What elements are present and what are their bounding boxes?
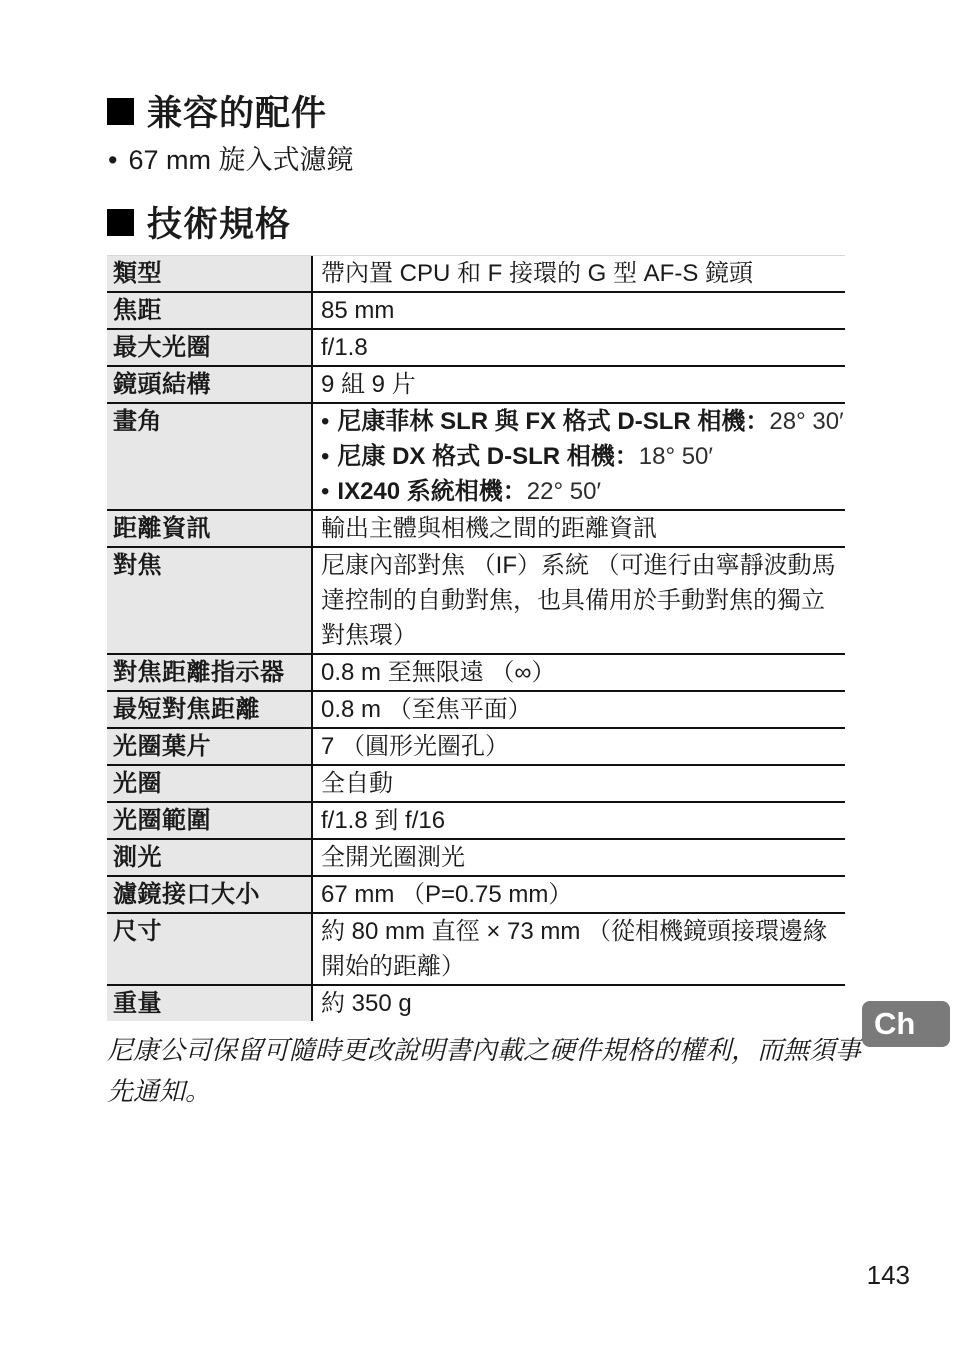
accessory-item: •67 mm 旋入式濾鏡	[108, 142, 353, 178]
camera-format: 尼康菲林 SLR 與 FX 格式 D-SLR 相機：	[337, 408, 769, 435]
spec-label: 光圈範圍	[107, 803, 313, 838]
spec-label: 重量	[107, 986, 313, 1021]
camera-format: 尼康 DX 格式 D-SLR 相機：	[337, 443, 638, 470]
table-row-filter-size: 濾鏡接口大小 67 mm （P=0.75 mm）	[107, 877, 845, 914]
spec-value: 0.8 m （至焦平面）	[313, 692, 845, 727]
spec-value: 9 組 9 片	[313, 367, 845, 402]
angle-item: •尼康菲林 SLR 與 FX 格式 D-SLR 相機：28° 30′	[321, 404, 844, 439]
table-row-dimensions: 尺寸 約 80 mm 直徑 × 73 mm （從相機鏡頭接環邊緣開始的距離）	[107, 914, 845, 986]
spec-value: 67 mm （P=0.75 mm）	[313, 877, 845, 912]
spec-value: 帶內置 CPU 和 F 接環的 G 型 AF-S 鏡頭	[313, 256, 845, 291]
spec-value: 0.8 m 至無限遠 （∞）	[313, 655, 845, 690]
spec-label: 焦距	[107, 293, 313, 328]
camera-format: IX240 系統相機：	[337, 478, 526, 505]
bullet-icon: •	[321, 478, 329, 505]
section-heading-specifications: 技術規格	[107, 197, 291, 247]
section-marker-icon	[107, 209, 134, 236]
spec-value: 輸出主體與相機之間的距離資訊	[313, 511, 845, 546]
accessory-text: 67 mm 旋入式濾鏡	[128, 145, 353, 175]
table-row-type: 類型 帶內置 CPU 和 F 接環的 G 型 AF-S 鏡頭	[107, 256, 845, 293]
table-row-weight: 重量 約 350 g	[107, 986, 845, 1021]
angle-value: 28° 30′	[769, 408, 843, 435]
table-row-angle-of-view: 畫角 •尼康菲林 SLR 與 FX 格式 D-SLR 相機：28° 30′ •尼…	[107, 404, 845, 511]
specifications-table: 類型 帶內置 CPU 和 F 接環的 G 型 AF-S 鏡頭 焦距 85 mm …	[107, 255, 845, 1021]
spec-value: 85 mm	[313, 293, 845, 328]
table-row-lens-construction: 鏡頭結構 9 組 9 片	[107, 367, 845, 404]
table-row-focal-length: 焦距 85 mm	[107, 293, 845, 330]
table-row-minimum-focus-distance: 最短對焦距離 0.8 m （至焦平面）	[107, 692, 845, 729]
footer-note: 尼康公司保留可隨時更改說明書內載之硬件規格的權利，而無須事先通知。	[107, 1030, 879, 1112]
spec-value: 尼康內部對焦 （IF）系統 （可進行由寧靜波動馬達控制的自動對焦，也具備用於手動…	[313, 548, 845, 653]
bullet-icon: •	[321, 443, 329, 470]
table-row-metering: 測光 全開光圈測光	[107, 840, 845, 877]
spec-value: •尼康菲林 SLR 與 FX 格式 D-SLR 相機：28° 30′ •尼康 D…	[313, 404, 846, 509]
spec-label: 濾鏡接口大小	[107, 877, 313, 912]
table-row-aperture-range: 光圈範圍 f/1.8 到 f/16	[107, 803, 845, 840]
table-row-focus-distance-indicator: 對焦距離指示器 0.8 m 至無限遠 （∞）	[107, 655, 845, 692]
table-row-diaphragm-blades: 光圈葉片 7 （圓形光圈孔）	[107, 729, 845, 766]
section-marker-icon	[107, 98, 134, 125]
spec-label: 光圈葉片	[107, 729, 313, 764]
spec-value: 7 （圓形光圈孔）	[313, 729, 845, 764]
spec-label: 畫角	[107, 404, 313, 509]
angle-item: •IX240 系統相機：22° 50′	[321, 474, 844, 509]
table-row-max-aperture: 最大光圈 f/1.8	[107, 330, 845, 367]
spec-value: 全自動	[313, 766, 845, 801]
spec-label: 鏡頭結構	[107, 367, 313, 402]
spec-value: 全開光圈測光	[313, 840, 845, 875]
table-row-focusing: 對焦 尼康內部對焦 （IF）系統 （可進行由寧靜波動馬達控制的自動對焦，也具備用…	[107, 548, 845, 655]
heading-text: 技術規格	[147, 197, 291, 247]
spec-label: 尺寸	[107, 914, 313, 984]
spec-label: 對焦	[107, 548, 313, 653]
bullet-icon: •	[108, 145, 117, 175]
language-tab-ch: Ch	[862, 1001, 950, 1047]
spec-label: 類型	[107, 256, 313, 291]
bullet-icon: •	[321, 408, 329, 435]
spec-label: 最大光圈	[107, 330, 313, 365]
spec-value: f/1.8	[313, 330, 845, 365]
angle-item: •尼康 DX 格式 D-SLR 相機：18° 50′	[321, 439, 844, 474]
spec-label: 距離資訊	[107, 511, 313, 546]
spec-value: 約 350 g	[313, 986, 845, 1021]
heading-text: 兼容的配件	[147, 86, 327, 136]
section-heading-compatible-accessories: 兼容的配件	[107, 86, 327, 136]
spec-label: 對焦距離指示器	[107, 655, 313, 690]
table-row-distance-information: 距離資訊 輸出主體與相機之間的距離資訊	[107, 511, 845, 548]
spec-label: 光圈	[107, 766, 313, 801]
spec-label: 測光	[107, 840, 313, 875]
spec-value: f/1.8 到 f/16	[313, 803, 845, 838]
table-row-diaphragm: 光圈 全自動	[107, 766, 845, 803]
angle-value: 22° 50′	[527, 478, 601, 505]
spec-value: 約 80 mm 直徑 × 73 mm （從相機鏡頭接環邊緣開始的距離）	[313, 914, 845, 984]
angle-value: 18° 50′	[639, 443, 713, 470]
page-number: 143	[867, 1260, 910, 1291]
spec-label: 最短對焦距離	[107, 692, 313, 727]
